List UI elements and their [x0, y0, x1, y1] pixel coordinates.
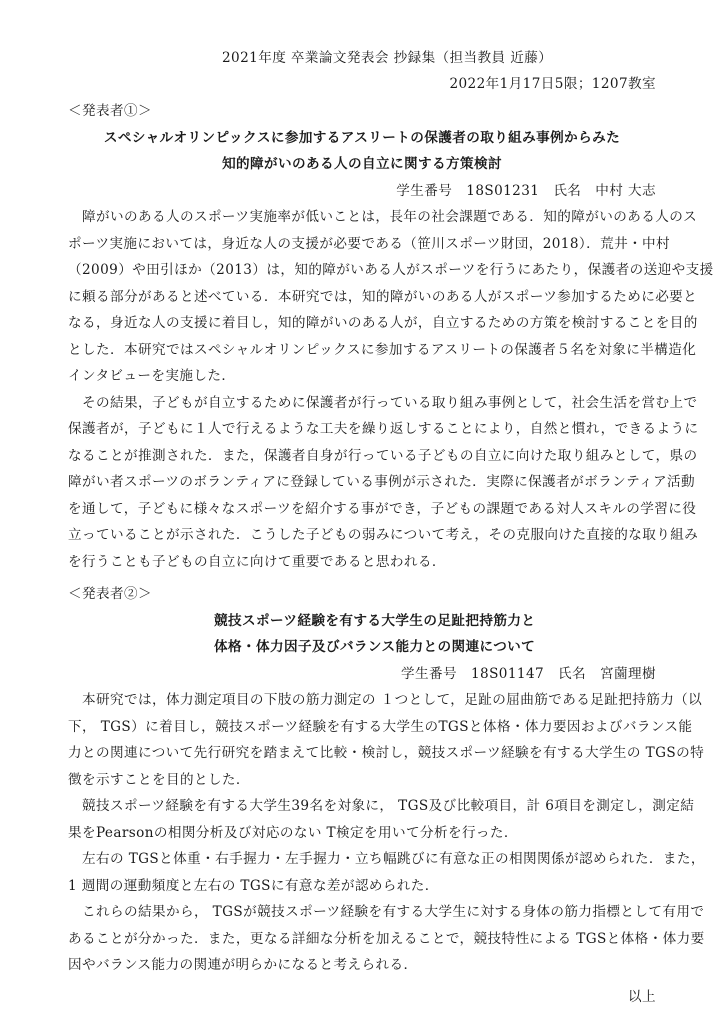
body-text-line: に頼る部分があると述べている．本研究では，知的障がいのある人がスポーツ参加するた…: [68, 288, 658, 306]
body-text-line: とした．本研究ではスペシャルオリンピックスに参加するアスリートの保護者５名を対象…: [68, 341, 658, 359]
abstract-title-line: スペシャルオリンピックスに参加するアスリートの保護者の取り組み事例からみた: [0, 129, 724, 147]
body-text-line: 競技スポーツ経験を有する大学生39名を対象に， TGS及び比較項目，計 6項目を…: [82, 797, 658, 815]
body-text-line: あることが分かった．また，更なる詳細な分析を加えることで，競技特性による TGS…: [68, 930, 658, 948]
date-room: 2022年1月17日5限；1207教室: [449, 75, 656, 93]
body-text-line: 力との関連について先行研究を踏まえて比較・検討し，競技スポーツ経験を有する大学生…: [68, 744, 658, 762]
body-text-line: 下， TGS）に着目し，競技スポーツ経験を有する大学生のTGSと体格・体力要因お…: [68, 718, 658, 736]
body-text-line: 立っていることが示された．こうした子どもの弱みについて考え，その克服向けた直接的…: [68, 526, 658, 544]
body-text-line: を通して，子どもに様々なスポーツを紹介する事ができ，子どもの課題である対人スキル…: [68, 500, 658, 518]
student-info: 学生番号 18S01147 氏名 宮薗理樹: [401, 665, 656, 683]
body-text-line: 果をPearsonの相関分析及び対応のない T検定を用いて分析を行った．: [68, 824, 658, 842]
body-text-line: なることが推測された．また，保護者自身が行っている子どもの自立に向けた取り組みと…: [68, 447, 658, 465]
body-text-line: インタビューを実施した．: [68, 367, 658, 385]
body-text-line: その結果，子どもが自立するために保護者が行っている取り組み事例として，社会生活を…: [82, 394, 658, 412]
body-text-line: （2009）や田引ほか（2013）は，知的障がいある人がスポーツを行うにあたり，…: [68, 261, 658, 279]
body-text-line: 因やバランス能力の関連が明らかになると考えられる．: [68, 956, 658, 974]
abstract-title-line: 体格・体力因子及びバランス能力との関連について: [214, 638, 535, 656]
presenter-label: ＜発表者②＞: [68, 585, 152, 603]
body-text-line: これらの結果から， TGSが競技スポーツ経験を有する大学生に対する身体の筋力指標…: [82, 903, 658, 921]
student-info: 学生番号 18S01231 氏名 中村 大志: [396, 182, 656, 200]
body-text-line: を行うことも子どもの自立に向けて重要であると思われる．: [68, 553, 658, 571]
abstract-title-line: 知的障がいのある人の自立に関する方策検討: [0, 155, 724, 173]
body-text-line: ポーツ実施においては，身近な人の支援が必要である（笹川スポーツ財団，2018）．…: [68, 235, 658, 253]
body-text-line: 障がいのある人のスポーツ実施率が低いことは，長年の社会課題である．知的障がいのあ…: [82, 208, 658, 226]
end-mark: 以上: [628, 988, 656, 1006]
body-text-line: 本研究では，体力測定項目の下肢の筋力測定の １つとして，足趾の屈曲筋である足趾把…: [82, 691, 658, 709]
body-text-line: なる，身近な人の支援に着目し，知的障がいのある人が，自立するための方策を検討する…: [68, 314, 658, 332]
document-title: 2021年度 卒業論文発表会 抄録集（担当教員 近藤）: [222, 49, 552, 67]
abstract-title-line: 競技スポーツ経験を有する大学生の足趾把持筋力と: [214, 612, 535, 630]
body-text-line: 保護者が，子どもに１人で行えるような工夫を繰り返しすることにより，自然と慣れ，で…: [68, 420, 658, 438]
body-text-line: 左右の TGSと体重・右手握力・左手握力・立ち幅跳びに有意な正の相関関係が認めら…: [82, 850, 658, 868]
body-text-line: 障がい者スポーツのボランティアに登録している事例が示された．実際に保護者がボラン…: [68, 473, 658, 491]
body-text-line: 1 週間の運動頻度と左右の TGSに有意な差が認められた．: [68, 877, 658, 895]
body-text-line: 徴を示すことを目的とした．: [68, 771, 658, 789]
presenter-label: ＜発表者①＞: [68, 102, 152, 120]
